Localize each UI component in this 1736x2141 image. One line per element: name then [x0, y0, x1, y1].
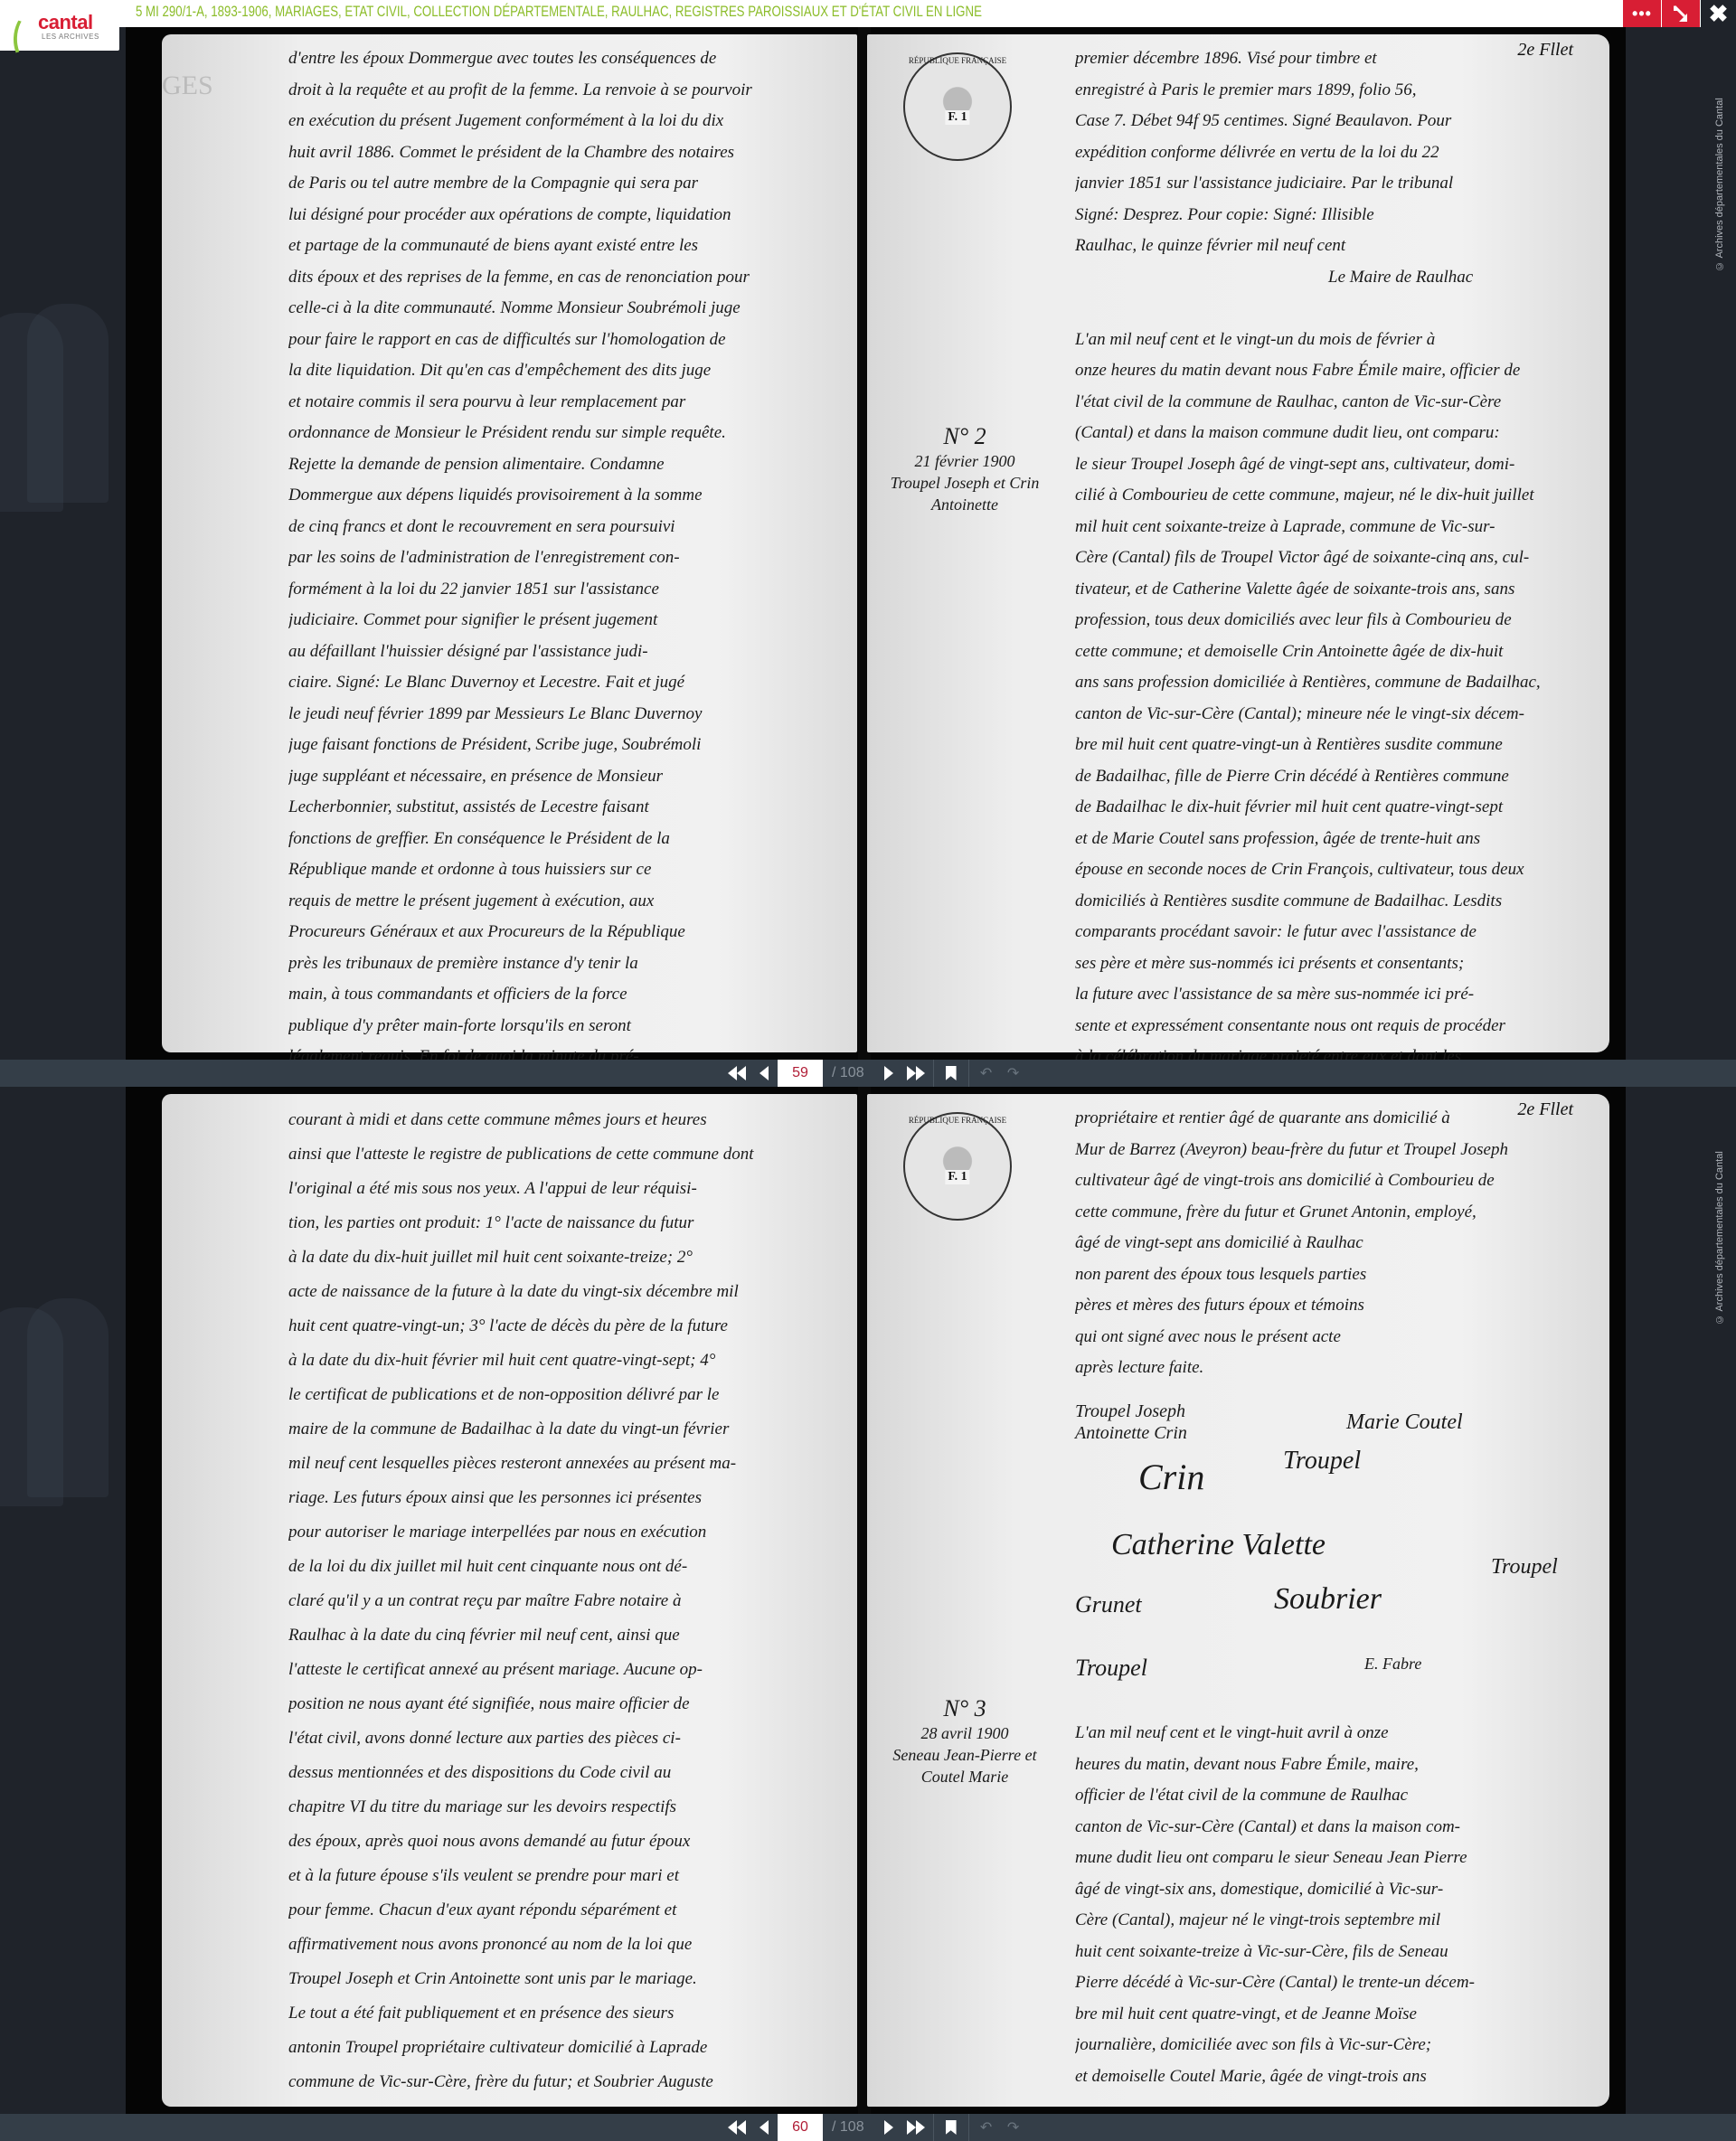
- text-line: de Badailhac le dix-huit février mil hui…: [1075, 792, 1582, 824]
- text-line: mil neuf cent lesquelles pièces resteron…: [288, 1447, 839, 1481]
- entry-number: N° 3: [874, 1695, 1055, 1722]
- signature: Troupel: [1283, 1447, 1361, 1476]
- text-line: d'entre les époux Dommergue avec toutes …: [288, 43, 839, 75]
- page-number-input[interactable]: 60: [778, 2114, 823, 2141]
- bookmark-icon: [946, 2120, 957, 2135]
- text-line: après lecture faite.: [1075, 1353, 1582, 1384]
- text-line: ses père et mère sus-nommés ici présents…: [1075, 948, 1582, 980]
- bookmark-button[interactable]: [938, 2114, 965, 2141]
- text-line: dessus mentionnées et des dispositions d…: [288, 1756, 839, 1790]
- text-line: juge suppléant et nécessaire, en présenc…: [288, 761, 839, 793]
- text-line: des époux, après quoi nous avons demandé…: [288, 1825, 839, 1859]
- text-line: Dommergue aux dépens liquidés provisoire…: [288, 480, 839, 512]
- text-line: huit cent quatre-vingt-un; 3° l'acte de …: [288, 1309, 839, 1344]
- text-line: antonin Troupel propriétaire cultivateur…: [288, 2031, 839, 2065]
- text-line: ordonnance de Monsieur le Président rend…: [288, 418, 839, 449]
- chevron-right-icon: [884, 1066, 893, 1080]
- text-line: le sieur Troupel Joseph âgé de vingt-sep…: [1075, 449, 1582, 481]
- entry-margin-note: N° 3 28 avril 1900 Seneau Jean-Pierre et…: [874, 1695, 1055, 1787]
- chevron-left-icon: [759, 2120, 769, 2135]
- undo-button[interactable]: ↶: [973, 2114, 1000, 2141]
- text-line: formément à la loi du 22 janvier 1851 su…: [288, 574, 839, 606]
- text-line: riage. Les futurs époux ainsi que les pe…: [288, 1481, 839, 1515]
- signature: Marie Coutel: [1346, 1410, 1463, 1435]
- handwritten-text: L'an mil neuf cent et le vingt-huit avri…: [1075, 1718, 1582, 2092]
- stamp-value: F. 1: [945, 110, 969, 125]
- text-line: et à la future épouse s'ils veulent se p…: [288, 1859, 839, 1893]
- entry-date: 21 février 1900: [874, 450, 1055, 472]
- text-line: par les soins de l'administration de l'e…: [288, 542, 839, 574]
- text-line: commune de Vic-sur-Cère, frère du futur;…: [288, 2065, 839, 2099]
- text-line: cette commune; et demoiselle Crin Antoin…: [1075, 637, 1582, 668]
- page-viewer-60[interactable]: courant à midi et dans cette commune mêm…: [126, 1087, 1626, 2114]
- text-line: Cère (Cantal) fils de Troupel Victor âgé…: [1075, 542, 1582, 574]
- text-line: lui désigné pour procéder aux opérations…: [288, 200, 839, 231]
- text-line: au défaillant l'huissier désigné par l'a…: [288, 637, 839, 668]
- text-line: Lecherbonnier, substitut, assistés de Le…: [288, 792, 839, 824]
- text-line: L'an mil neuf cent et le vingt-huit avri…: [1075, 1718, 1582, 1750]
- text-line: ainsi que l'atteste le registre de publi…: [288, 1137, 839, 1172]
- text-line: âgé de vingt-six ans, domestique, domici…: [1075, 1874, 1582, 1906]
- text-line: pères et mères des futurs époux et témoi…: [1075, 1290, 1582, 1322]
- stamp-arc-text: RÉPUBLIQUE FRANÇAISE: [905, 1114, 1010, 1125]
- chevron-right-icon: [916, 1066, 925, 1080]
- signature: Troupel: [1075, 1655, 1147, 1682]
- text-line: pour femme. Chacun d'eux ayant répondu s…: [288, 1893, 839, 1928]
- text-line: et notaire commis il sera pourvu à leur …: [288, 387, 839, 419]
- text-line: requis de mettre le présent jugement à e…: [288, 886, 839, 918]
- page-viewer-59[interactable]: GES d'entre les époux Dommergue avec tou…: [126, 27, 1626, 1060]
- page-number-input[interactable]: 59: [778, 1060, 823, 1087]
- entry-names: Troupel Joseph et Crin Antoinette: [874, 472, 1055, 515]
- signature: Catherine Valette: [1111, 1528, 1326, 1562]
- register-page-left: GES d'entre les époux Dommergue avec tou…: [162, 34, 857, 1052]
- text-line: journalière, domiciliée avec son fils à …: [1075, 2030, 1582, 2061]
- next-page-button[interactable]: [875, 2114, 902, 2141]
- text-line: Le tout a été fait publiquement et en pr…: [288, 1996, 839, 2031]
- text-line: canton de Vic-sur-Cère (Cantal) et dans …: [1075, 1812, 1582, 1844]
- top-bar: 5 MI 290/1-A, 1893-1906, MARIAGES, ETAT …: [0, 0, 1736, 27]
- undo-button[interactable]: ↶: [973, 1060, 1000, 1087]
- signature: Troupel Joseph: [1075, 1401, 1185, 1422]
- handwritten-text: premier décembre 1896. Visé pour timbre …: [1075, 43, 1582, 1060]
- text-line: domiciliés à Rentières susdite commune d…: [1075, 886, 1582, 918]
- text-line: [1075, 293, 1582, 325]
- bookmark-icon: [946, 1066, 957, 1080]
- close-button[interactable]: ✖: [1701, 0, 1736, 27]
- register-page-right: RÉPUBLIQUE FRANÇAISE F. 1 2e Fllet N° 2 …: [867, 34, 1609, 1052]
- text-line: profession, tous deux domiciliés avec le…: [1075, 605, 1582, 637]
- text-line: celle-ci à la dite communauté. Nomme Mon…: [288, 293, 839, 325]
- text-line: chapitre VI du titre du mariage sur les …: [288, 1790, 839, 1825]
- text-line: Case 7. Débet 94f 95 centimes. Signé Bea…: [1075, 106, 1582, 137]
- entry-margin-note: N° 2 21 février 1900 Troupel Joseph et C…: [874, 423, 1055, 515]
- text-line: en exécution du présent Jugement conform…: [288, 106, 839, 137]
- text-line: la dite liquidation. Dit qu'en cas d'emp…: [288, 355, 839, 387]
- background-figure: [27, 304, 108, 503]
- text-line: et partage de la communauté de biens aya…: [288, 231, 839, 262]
- text-line: comparants procédant savoir: le futur av…: [1075, 917, 1582, 948]
- double-chevron-right-icon: [907, 2120, 916, 2135]
- text-line: affirmativement nous avons prononcé au n…: [288, 1928, 839, 1962]
- chevron-right-icon: [916, 2120, 925, 2135]
- left-backdrop: [0, 51, 126, 2141]
- double-chevron-left-icon: [728, 2120, 737, 2135]
- logo-brand: cantal: [38, 11, 93, 34]
- divider: [933, 1060, 934, 1087]
- text-line: qui ont signé avec nous le présent acte: [1075, 1322, 1582, 1353]
- more-options-button[interactable]: •••: [1623, 0, 1661, 27]
- text-line: Procureurs Généraux et aux Procureurs de…: [288, 917, 839, 948]
- text-line: cultivateur âgé de vingt-trois ans domic…: [1075, 1165, 1582, 1197]
- text-line: de la loi du dix juillet mil huit cent c…: [288, 1550, 839, 1584]
- text-line: l'état civil de la commune de Raulhac, c…: [1075, 387, 1582, 419]
- text-line: sente et expressément consentante nous o…: [1075, 1011, 1582, 1042]
- copyright-notice: © Archives départementales du Cantal: [1714, 54, 1729, 271]
- text-line: l'état civil, avons donné lecture aux pa…: [288, 1721, 839, 1756]
- page-navigation-bar: 59 / 108 ↶ ↷: [0, 1060, 1736, 1087]
- text-line: de Paris ou tel autre membre de la Compa…: [288, 168, 839, 200]
- text-line: épouse en seconde noces de Crin François…: [1075, 854, 1582, 886]
- text-line: dits époux et des reprises de la femme, …: [288, 262, 839, 294]
- text-line: juge faisant fonctions de Président, Scr…: [288, 730, 839, 761]
- page-navigation-bar: 60 / 108 ↶ ↷: [0, 2114, 1736, 2141]
- ellipsis-icon: •••: [1632, 5, 1652, 24]
- handwritten-text: d'entre les époux Dommergue avec toutes …: [288, 43, 839, 1060]
- expand-arrow-icon: [1672, 4, 1690, 24]
- text-line: cette commune, frère du futur et Grunet …: [1075, 1197, 1582, 1229]
- divider: [933, 2114, 934, 2141]
- last-page-button[interactable]: [902, 2114, 929, 2141]
- text-line: canton de Vic-sur-Cère (Cantal); mineure…: [1075, 699, 1582, 731]
- page-total: / 108: [823, 1065, 875, 1081]
- text-line: République mande et ordonne à tous huiss…: [288, 854, 839, 886]
- text-line: claré qu'il y a un contrat reçu par maît…: [288, 1584, 839, 1618]
- text-line: le certificat de publications et de non-…: [288, 1378, 839, 1412]
- stamp-value: F. 1: [945, 1170, 969, 1184]
- text-line: mune dudit lieu ont comparu le sieur Sen…: [1075, 1843, 1582, 1874]
- expand-button[interactable]: [1662, 0, 1700, 27]
- text-line: huit cent soixante-treize à Vic-sur-Cère…: [1075, 1937, 1582, 1968]
- text-line: tion, les parties ont produit: 1° l'acte…: [288, 1206, 839, 1240]
- chevron-left-icon: [737, 1066, 746, 1080]
- text-line: de cinq francs et dont le recouvrement e…: [288, 512, 839, 543]
- tax-stamp: RÉPUBLIQUE FRANÇAISE F. 1: [903, 52, 1012, 161]
- text-line: heures du matin, devant nous Fabre Émile…: [1075, 1750, 1582, 1781]
- text-line: ciaire. Signé: Le Blanc Duvernoy et Lece…: [288, 667, 839, 699]
- last-page-button[interactable]: [902, 1060, 929, 1087]
- text-line: la future avec l'assistance de sa mère s…: [1075, 979, 1582, 1011]
- close-icon: ✖: [1709, 0, 1729, 28]
- redo-icon: ↷: [1007, 2118, 1019, 2136]
- text-line: Troupel Joseph et Crin Antoinette sont u…: [288, 1962, 839, 1996]
- handwritten-text: propriétaire et rentier âgé de quarante …: [1075, 1103, 1582, 1384]
- first-page-button[interactable]: [723, 2114, 750, 2141]
- text-line: bre mil huit cent quatre-vingt-un à Rent…: [1075, 730, 1582, 761]
- first-page-button[interactable]: [723, 1060, 750, 1087]
- text-line: l'original a été mis sous nos yeux. A l'…: [288, 1172, 839, 1206]
- signature: Troupel: [1491, 1555, 1558, 1580]
- text-line: cilié à Combourieu de cette commune, maj…: [1075, 480, 1582, 512]
- tax-stamp: RÉPUBLIQUE FRANÇAISE F. 1: [903, 1112, 1012, 1221]
- text-line: près les tribunaux de première instance …: [288, 948, 839, 980]
- text-line: et demoiselle Coutel Marie, âgée de ving…: [1075, 2061, 1582, 2093]
- text-line: main, à tous commandants et officiers de…: [288, 979, 839, 1011]
- text-line: à la date du dix-huit février mil huit c…: [288, 1344, 839, 1378]
- signature: E. Fabre: [1364, 1655, 1421, 1674]
- entry-number: N° 2: [874, 423, 1055, 450]
- redo-button[interactable]: ↷: [1000, 1060, 1027, 1087]
- text-line: officier de l'état civil de la commune d…: [1075, 1780, 1582, 1812]
- text-line: propriétaire et rentier âgé de quarante …: [1075, 1103, 1582, 1135]
- logo-subtitle: LES ARCHIVES: [42, 33, 99, 41]
- text-line: de Badailhac, fille de Pierre Crin décéd…: [1075, 761, 1582, 793]
- divider: [968, 1060, 969, 1087]
- text-line: maire de la commune de Badailhac à la da…: [288, 1412, 839, 1447]
- signatures-block: Troupel Joseph Antoinette Crin Marie Cou…: [1075, 1401, 1573, 1700]
- bleed-through-text: GES: [162, 71, 270, 101]
- handwritten-text: courant à midi et dans cette commune mêm…: [288, 1103, 839, 2099]
- double-chevron-left-icon: [728, 1066, 737, 1080]
- previous-page-button[interactable]: [750, 2114, 778, 2141]
- text-line: L'an mil neuf cent et le vingt-un du moi…: [1075, 325, 1582, 356]
- text-line: et de Marie Coutel sans profession, âgée…: [1075, 824, 1582, 855]
- text-line: onze heures du matin devant nous Fabre É…: [1075, 355, 1582, 387]
- previous-page-button[interactable]: [750, 1060, 778, 1087]
- text-line: acte de naissance de la future à la date…: [288, 1275, 839, 1309]
- text-line: Cère (Cantal), majeur né le vingt-trois …: [1075, 1905, 1582, 1937]
- text-line: mil huit cent soixante-treize à Laprade,…: [1075, 512, 1582, 543]
- page-total: / 108: [823, 2119, 875, 2136]
- text-line: non parent des époux tous lesquels parti…: [1075, 1259, 1582, 1291]
- background-figure: [27, 1298, 108, 1497]
- text-line: (Cantal) et dans la maison commune dudit…: [1075, 418, 1582, 449]
- text-line: fonctions de greffier. En conséquence le…: [288, 824, 839, 855]
- text-line: ans sans profession domiciliée à Rentièr…: [1075, 667, 1582, 699]
- text-line: âgé de vingt-sept ans domicilié à Raulha…: [1075, 1228, 1582, 1259]
- text-line: huit avril 1886. Commet le président de …: [288, 137, 839, 169]
- text-line: à la célébration du mariage projeté entr…: [1075, 1042, 1582, 1060]
- signature: Antoinette Crin: [1075, 1423, 1187, 1444]
- document-title: 5 MI 290/1-A, 1893-1906, MARIAGES, ETAT …: [136, 3, 982, 21]
- text-line: Raulhac, le quinze février mil neuf cent: [1075, 231, 1582, 262]
- text-line: Signé: Desprez. Pour copie: Signé: Illis…: [1075, 200, 1582, 231]
- text-line: Mur de Barrez (Aveyron) beau-frère du fu…: [1075, 1135, 1582, 1166]
- signature: Crin: [1138, 1456, 1204, 1498]
- text-line: pour autoriser le mariage interpellées p…: [288, 1515, 839, 1550]
- text-line: premier décembre 1896. Visé pour timbre …: [1075, 43, 1582, 75]
- text-line: expédition conforme délivrée en vertu de…: [1075, 137, 1582, 169]
- text-line: enregistré à Paris le premier mars 1899,…: [1075, 75, 1582, 107]
- text-line: position ne nous ayant été signifiée, no…: [288, 1687, 839, 1721]
- text-line: Rejette la demande de pension alimentair…: [288, 449, 839, 481]
- entry-names: Seneau Jean-Pierre et Coutel Marie: [874, 1744, 1055, 1787]
- text-line: publique d'y prêter main-forte lorsqu'il…: [288, 1011, 839, 1042]
- text-line: l'atteste le certificat annexé au présen…: [288, 1653, 839, 1687]
- text-line: légalement requis. En foi de quoi la min…: [288, 1042, 839, 1060]
- signature: Grunet: [1075, 1591, 1142, 1618]
- redo-icon: ↷: [1007, 1064, 1019, 1082]
- chevron-left-icon: [759, 1066, 769, 1080]
- bookmark-button[interactable]: [938, 1060, 965, 1087]
- chevron-right-icon: [884, 2120, 893, 2135]
- text-line: à la date du dix-huit juillet mil huit c…: [288, 1240, 839, 1275]
- text-line: courant à midi et dans cette commune mêm…: [288, 1103, 839, 1137]
- redo-button[interactable]: ↷: [1000, 2114, 1027, 2141]
- undo-icon: ↶: [980, 1064, 992, 1082]
- chevron-left-icon: [737, 2120, 746, 2135]
- signature: Soubrier: [1274, 1582, 1382, 1617]
- text-line: tivateur, et de Catherine Valette âgée d…: [1075, 574, 1582, 606]
- stamp-arc-text: RÉPUBLIQUE FRANÇAISE: [905, 54, 1010, 65]
- undo-icon: ↶: [980, 2118, 992, 2136]
- double-chevron-right-icon: [907, 1066, 916, 1080]
- divider: [968, 2114, 969, 2141]
- text-line: le jeudi neuf février 1899 par Messieurs…: [288, 699, 839, 731]
- register-page-left: courant à midi et dans cette commune mêm…: [162, 1094, 857, 2107]
- text-line: janvier 1851 sur l'assistance judiciaire…: [1075, 168, 1582, 200]
- cantal-archives-logo[interactable]: cantal LES ARCHIVES: [0, 0, 119, 51]
- entry-date: 28 avril 1900: [874, 1722, 1055, 1744]
- text-line: bre mil huit cent quatre-vingt, et de Je…: [1075, 1999, 1582, 2031]
- register-page-right: RÉPUBLIQUE FRANÇAISE F. 1 2e Fllet N° 3 …: [867, 1094, 1609, 2107]
- text-line: Raulhac à la date du cinq février mil ne…: [288, 1618, 839, 1653]
- copyright-notice: © Archives départementales du Cantal: [1714, 1108, 1729, 1325]
- text-line: Le Maire de Raulhac: [1075, 262, 1582, 294]
- text-line: judiciaire. Commet pour signifier le pré…: [288, 605, 839, 637]
- text-line: droit à la requête et au profit de la fe…: [288, 75, 839, 107]
- text-line: pour faire le rapport en cas de difficul…: [288, 325, 839, 356]
- text-line: Pierre décédé à Vic-sur-Cère (Cantal) le…: [1075, 1967, 1582, 1999]
- next-page-button[interactable]: [875, 1060, 902, 1087]
